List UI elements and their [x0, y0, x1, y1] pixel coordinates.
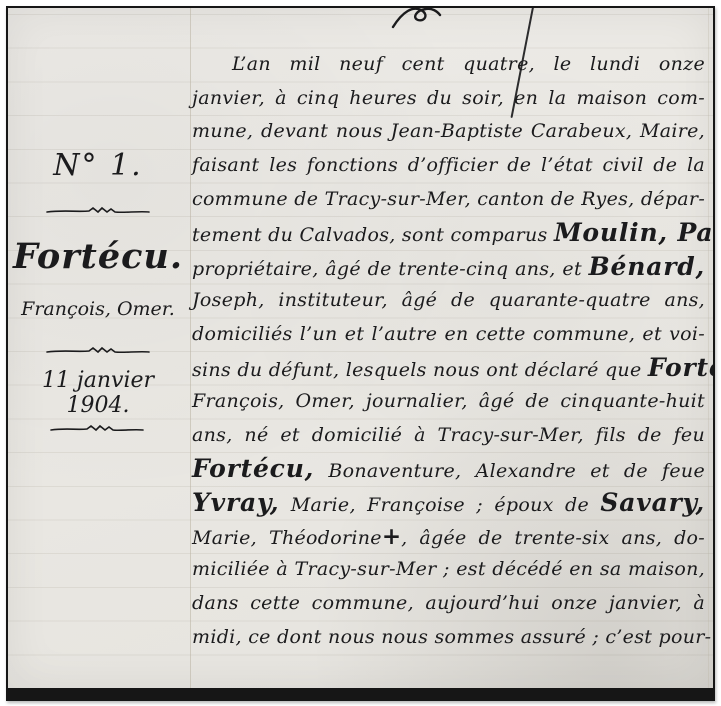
text-segment: , âgée de trente-six ans, do-	[401, 527, 705, 549]
surname-emphasis: Fortécu,	[192, 454, 314, 483]
text-segment: janvier, à cinq heures du soir, en la ma…	[192, 87, 705, 109]
squiggle-divider-icon	[8, 204, 188, 218]
pen-flourish-icon	[391, 8, 443, 29]
text-segment: tement du Calvados, sont comparus	[192, 224, 554, 246]
text-segment: domiciliés l’un et l’autre en cette comm…	[192, 323, 705, 345]
handwritten-line: janvier, à cinq heures du soir, en la ma…	[192, 82, 705, 116]
text-segment: mune, devant nous Jean-Baptiste Carabeux…	[192, 120, 705, 142]
text-segment: dans cette commune, aujourd’hui onze jan…	[192, 592, 705, 614]
act-number: N° 1.	[8, 148, 188, 183]
handwritten-line: mune, devant nous Jean-Baptiste Carabeux…	[192, 115, 705, 149]
handwritten-line: dans cette commune, aujourd’hui onze jan…	[192, 587, 705, 621]
text-segment: midi, ce dont nous nous sommes assuré ; …	[192, 626, 711, 648]
page-edge-line	[708, 8, 709, 688]
text-segment: commune de Tracy-sur-Mer, canton de Ryes…	[192, 188, 705, 210]
margin-annotations: N° 1. Fortécu. François, Omer. 11 janvie…	[8, 8, 188, 688]
text-segment: ans, né et domicilié à Tracy-sur-Mer, fi…	[192, 424, 705, 446]
handwritten-line: sins du défunt, lesquels nous ont déclar…	[192, 351, 705, 385]
handwritten-line: miciliée à Tracy-sur-Mer ; est décédé en…	[192, 553, 705, 587]
handwritten-line: midi, ce dont nous nous sommes assuré ; …	[192, 621, 705, 655]
handwritten-line: faisant les fonctions d’officier de l’ét…	[192, 149, 705, 183]
surname-emphasis: Moulin, Paul,	[554, 218, 713, 247]
handwritten-line: François, Omer, journalier, âgé de cinqu…	[192, 385, 705, 419]
text-segment: miciliée à Tracy-sur-Mer ; est décédé en…	[192, 558, 705, 580]
act-body-text: L’an mil neuf cent quatre, le lundi onze…	[192, 48, 705, 654]
handwritten-line: Joseph, instituteur, âgé de quarante-qua…	[192, 284, 705, 318]
margin-rule-line	[190, 8, 191, 688]
margin-given-names: François, Omer.	[8, 298, 188, 320]
insertion-cross-mark: +	[382, 523, 401, 550]
surname-emphasis: Bénard,	[589, 252, 705, 281]
surname-emphasis: Fortécu,	[648, 353, 713, 382]
text-segment: François, Omer, journalier, âgé de cinqu…	[192, 390, 705, 412]
text-segment: Marie, Françoise ; époux de	[279, 494, 600, 516]
text-segment: faisant les fonctions d’officier de l’ét…	[192, 154, 705, 176]
text-segment: L’an mil neuf cent quatre, le lundi onze	[232, 53, 705, 75]
text-segment: sins du défunt, lesquels nous ont déclar…	[192, 359, 648, 381]
paper-background: N° 1. Fortécu. François, Omer. 11 janvie…	[8, 8, 713, 688]
handwritten-line: domiciliés l’un et l’autre en cette comm…	[192, 318, 705, 352]
handwritten-line: ans, né et domicilié à Tracy-sur-Mer, fi…	[192, 419, 705, 453]
handwritten-line: Fortécu, Bonaventure, Alexandre et de fe…	[192, 452, 705, 486]
handwritten-line: Yvray, Marie, Françoise ; époux de Savar…	[192, 486, 705, 520]
margin-surname: Fortécu.	[8, 236, 188, 277]
squiggle-divider-icon	[8, 422, 188, 436]
handwritten-line: propriétaire, âgé de trente-cinq ans, et…	[192, 250, 705, 284]
squiggle-divider-icon	[8, 344, 188, 358]
text-segment: Marie, Théodorine	[192, 527, 382, 549]
surname-emphasis: Savary,	[600, 488, 705, 517]
handwritten-line: commune de Tracy-sur-Mer, canton de Ryes…	[192, 183, 705, 217]
margin-date: 11 janvier 1904.	[8, 368, 188, 418]
text-segment: Joseph, instituteur, âgé de quarante-qua…	[192, 289, 705, 311]
text-segment: propriétaire, âgé de trente-cinq ans, et	[192, 258, 589, 280]
handwritten-line: L’an mil neuf cent quatre, le lundi onze	[192, 48, 705, 82]
scanned-register-page: N° 1. Fortécu. François, Omer. 11 janvie…	[6, 6, 715, 701]
handwritten-line: Marie, Théodorine+, âgée de trente-six a…	[192, 520, 705, 554]
surname-emphasis: Yvray,	[192, 488, 279, 517]
text-segment: Bonaventure, Alexandre et de feue	[314, 460, 705, 482]
handwritten-line: tement du Calvados, sont comparus Moulin…	[192, 216, 705, 250]
